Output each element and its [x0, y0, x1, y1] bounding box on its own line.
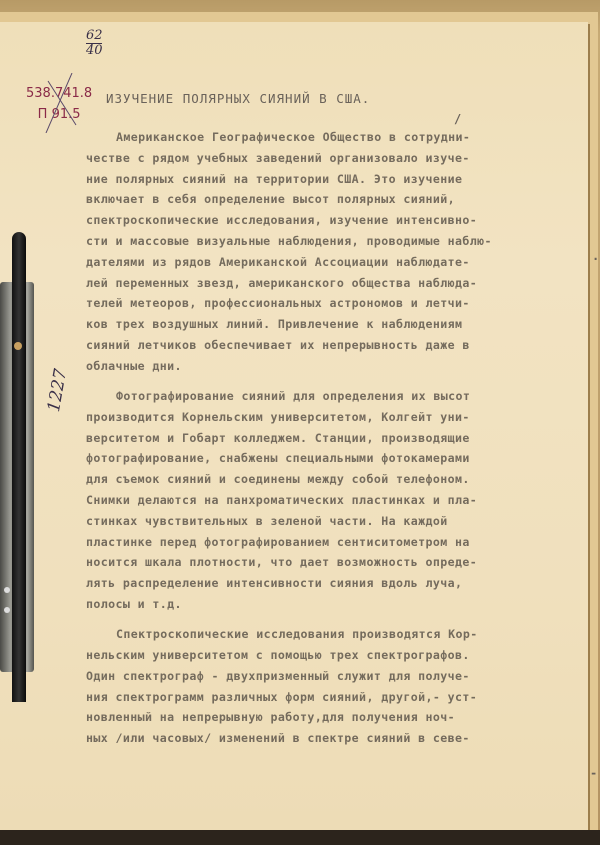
- text-line: верситетом и Гобарт колледжем. Станции, …: [86, 431, 470, 449]
- text-line: Снимки делаются на панхроматических плас…: [86, 493, 477, 511]
- text-line: Спектроскопические исследования производ…: [116, 627, 478, 645]
- text-line: ков трех воздушных линий. Привлечение к …: [86, 317, 462, 335]
- text-line: включает в себя определение высот полярн…: [86, 192, 455, 210]
- text-line: Фотографирование сияний для определения …: [116, 389, 470, 407]
- text-line: облачные дни.: [86, 359, 182, 377]
- page-title: ИЗУЧЕНИЕ ПОЛЯРНЫХ СИЯНИЙ В США.: [106, 91, 370, 106]
- text-line: лять распределение интенсивности сияния …: [86, 576, 462, 594]
- text-line: дателями из рядов Американской Ассоциаци…: [86, 255, 470, 273]
- tick-mark: /: [454, 112, 461, 126]
- text-line: ние полярных сияний на территории США. Э…: [86, 172, 462, 190]
- folio-number: 62 40: [86, 30, 103, 57]
- text-line: полосы и т.д.: [86, 597, 182, 615]
- text-line: стинках чувствительных в зеленой части. …: [86, 514, 448, 532]
- text-line: для съемок сияний и соединены между собо…: [86, 472, 470, 490]
- text-line: производится Корнельским университетом, …: [86, 410, 470, 428]
- strike-cross-icon: [42, 73, 78, 133]
- rivet-icon: [4, 587, 10, 593]
- text-line: честве с рядом учебных заведений организ…: [86, 151, 470, 169]
- text-line: телей метеоров, профессиональных астроно…: [86, 296, 470, 314]
- text-line: Американское Географическое Общество в с…: [116, 130, 470, 148]
- text-line: сти и массовые визуальные наблюдения, пр…: [86, 234, 492, 252]
- text-line: Один спектрограф - двухпризменный служит…: [86, 669, 470, 687]
- text-line: новленный на непрерывную работу,для полу…: [86, 710, 455, 728]
- text-line: фотографирование, снабжены специальными …: [86, 451, 470, 469]
- margin-dot: ·: [592, 252, 599, 266]
- text-line: сияний летчиков обеспечивает их непрерыв…: [86, 338, 470, 356]
- text-line: носится шкала плотности, что дает возмож…: [86, 555, 477, 573]
- catalog-stamp: 538.741.8 П 91.5: [26, 83, 92, 125]
- text-line: спектроскопические исследования, изучени…: [86, 213, 477, 231]
- folio-top: 62: [86, 28, 103, 43]
- text-line: пластинке перед фотографированием сентис…: [86, 535, 470, 553]
- margin-dash: -: [590, 766, 597, 780]
- text-line: ния спектрограмм различных форм сияний, …: [86, 690, 477, 708]
- folio-bottom: 40: [86, 43, 103, 58]
- rivet-icon: [4, 607, 10, 613]
- text-line: ных /или часовых/ изменений в спектре си…: [86, 731, 470, 749]
- binder-clip: [0, 232, 36, 702]
- text-line: лей переменных звезд, американского обще…: [86, 276, 477, 294]
- text-line: нельским университетом с помощью трех сп…: [86, 648, 470, 666]
- pen-icon: [12, 232, 26, 702]
- bottom-edge: [0, 830, 600, 845]
- pen-ring: [14, 342, 22, 350]
